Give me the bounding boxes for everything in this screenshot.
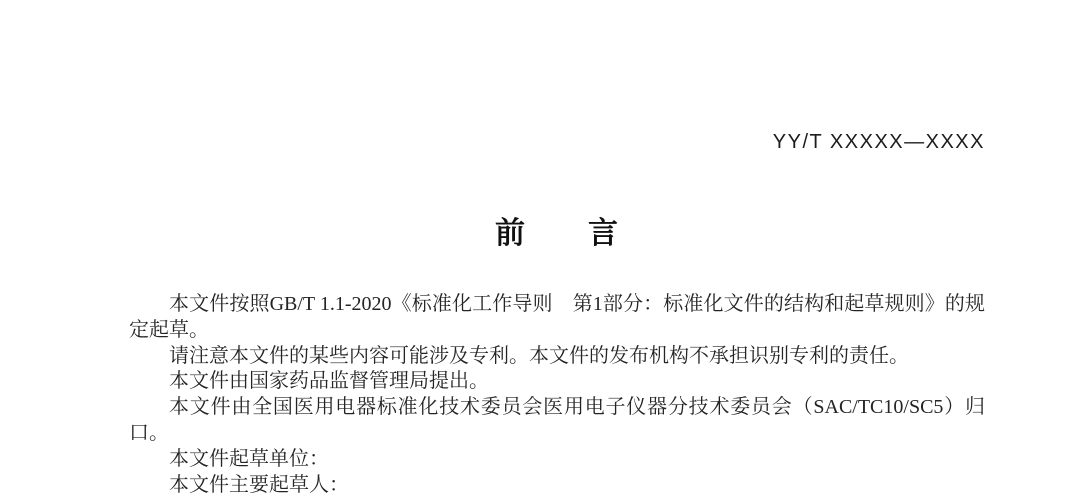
paragraph-drafting-rules: 本文件按照GB/T 1.1-2020《标准化工作导则 第1部分：标准化文件的结构… (129, 292, 985, 344)
foreword-body: 本文件按照GB/T 1.1-2020《标准化工作导则 第1部分：标准化文件的结构… (129, 292, 985, 498)
document-page: YY/T XXXXX—XXXX 前 言 本文件按照GB/T 1.1-2020《标… (0, 0, 1080, 502)
paragraph-under-jurisdiction: 本文件由全国医用电器标准化技术委员会医用电子仪器分技术委员会（SAC/TC10/… (129, 395, 985, 447)
standard-number-header: YY/T XXXXX—XXXX (773, 131, 985, 154)
paragraph-main-drafters: 本文件主要起草人： (129, 473, 985, 499)
page-title: 前 言 (129, 216, 985, 252)
paragraph-patent-notice: 请注意本文件的某些内容可能涉及专利。本文件的发布机构不承担识别专利的责任。 (129, 344, 985, 370)
paragraph-proposed-by: 本文件由国家药品监督管理局提出。 (129, 369, 985, 395)
paragraph-drafting-organizations: 本文件起草单位： (129, 447, 985, 473)
